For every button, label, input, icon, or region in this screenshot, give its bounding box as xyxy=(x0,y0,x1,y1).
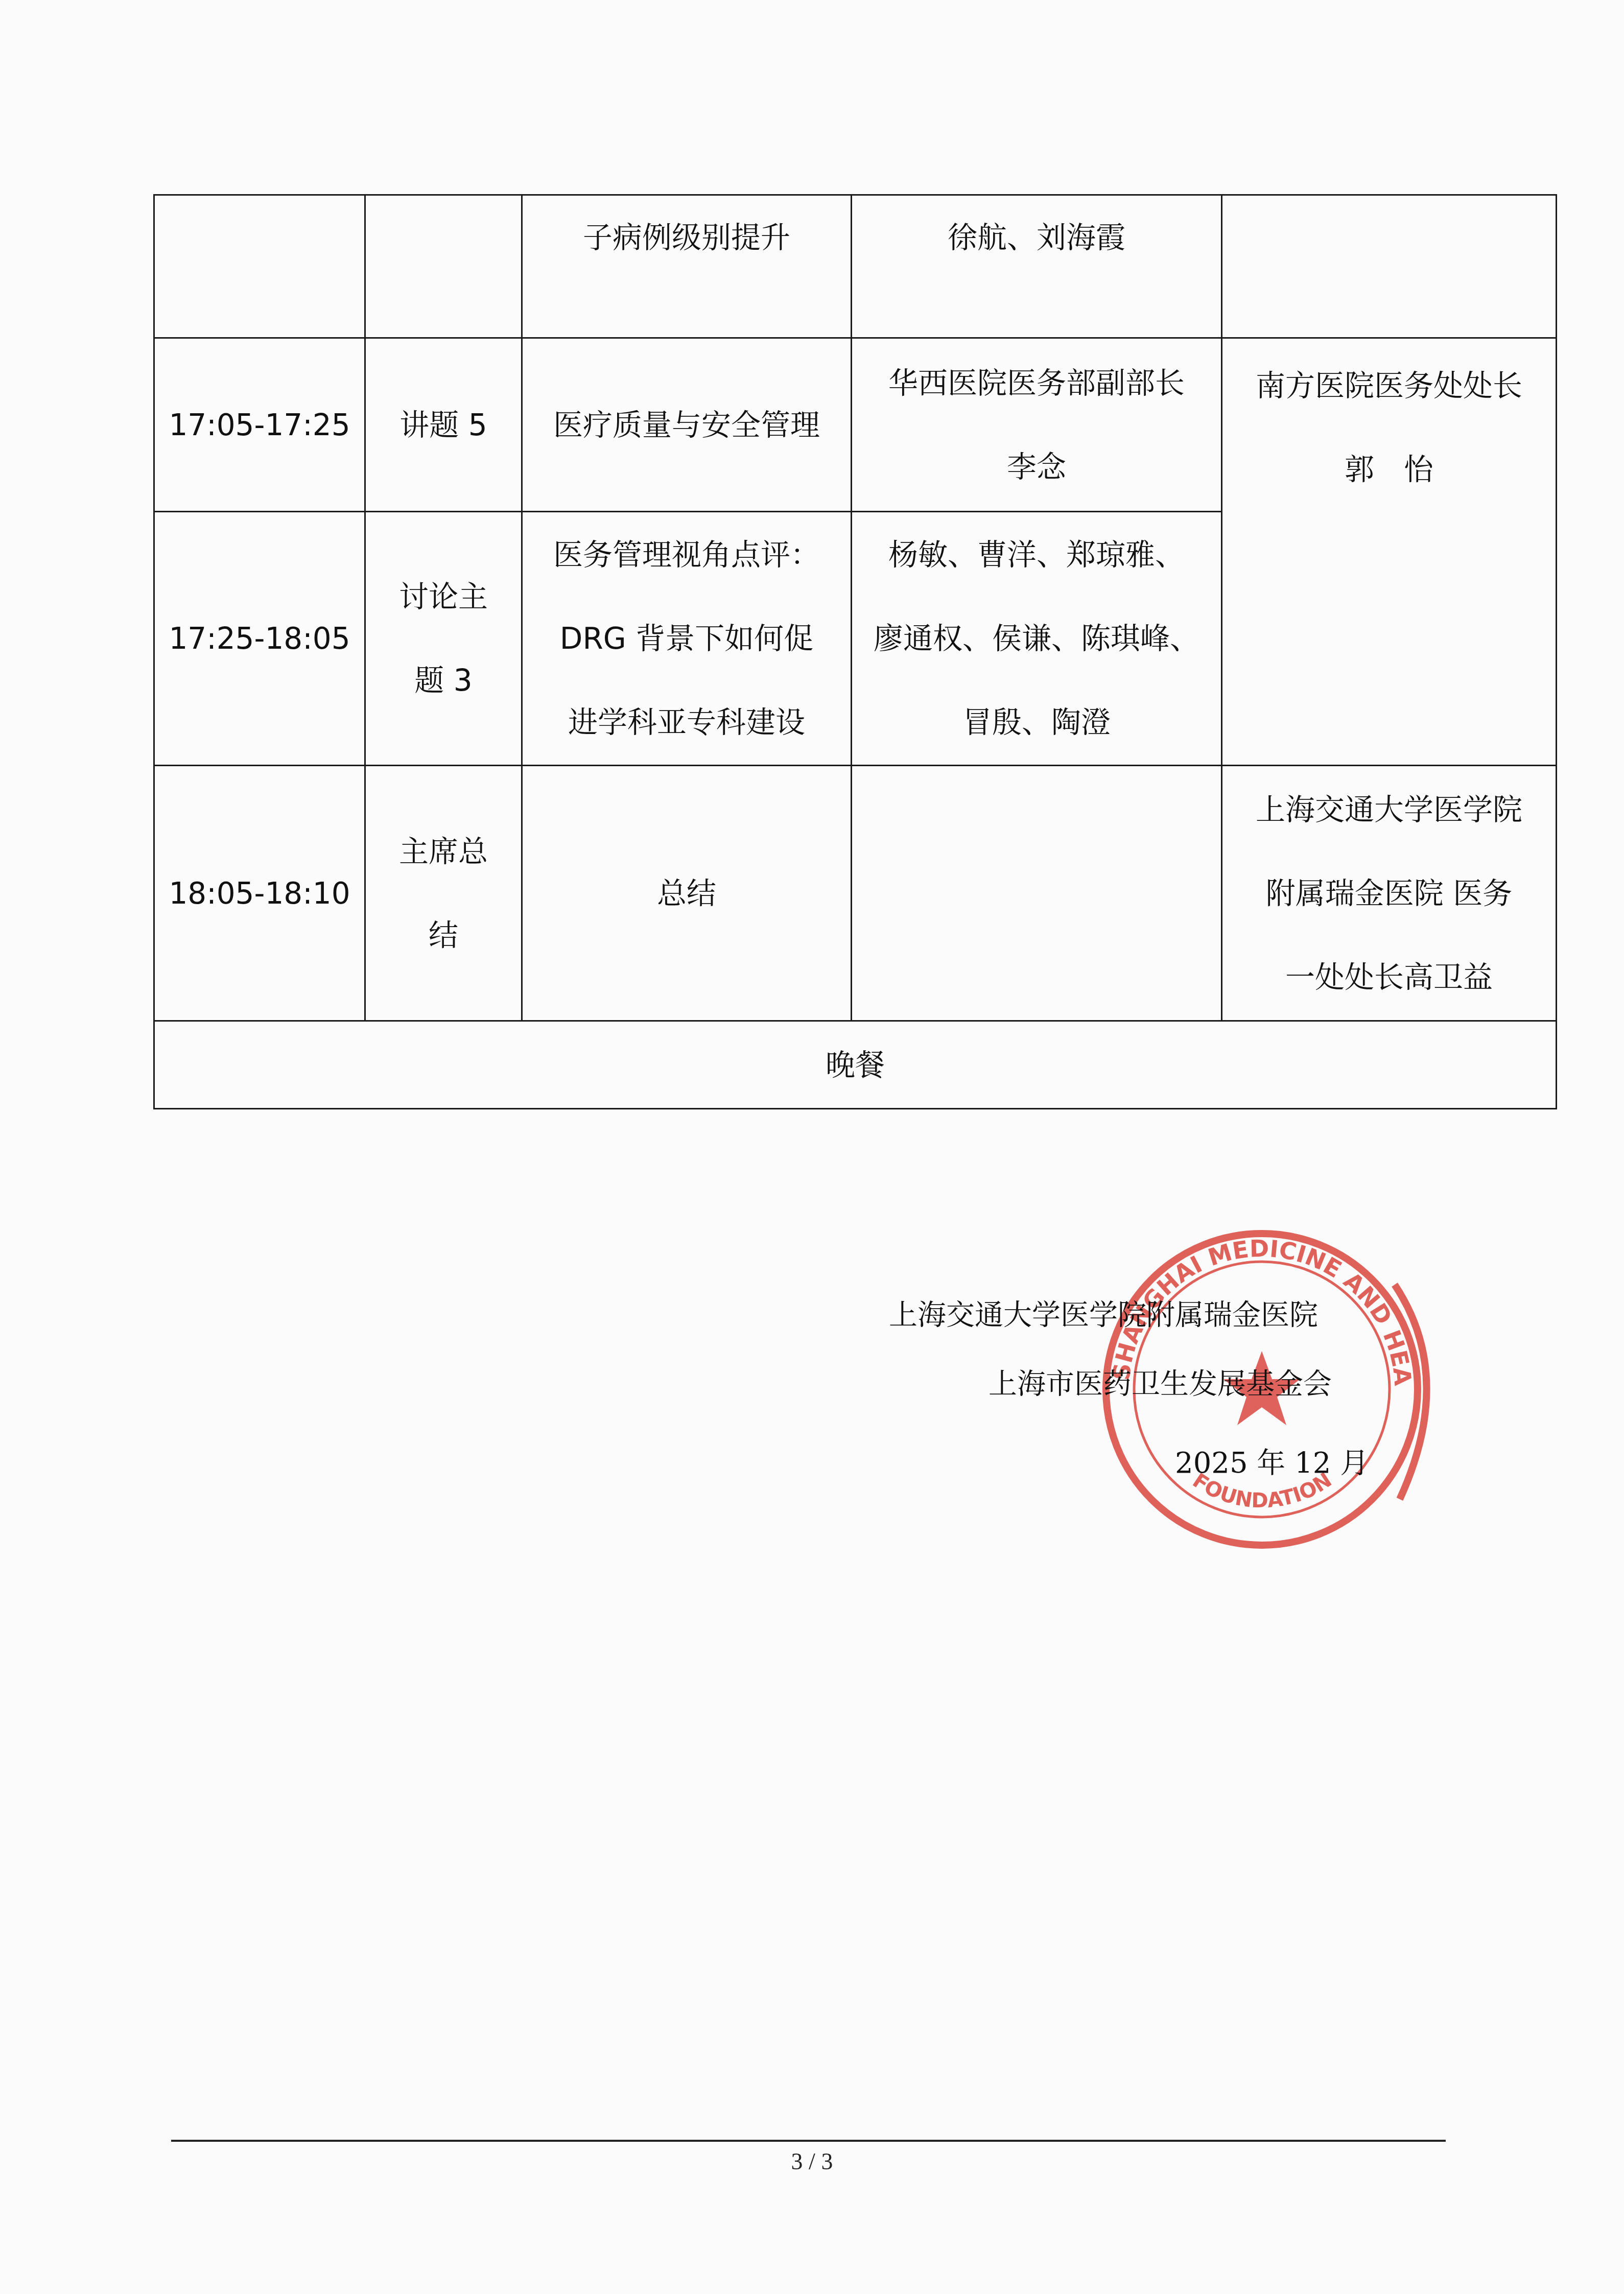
type-line: 结 xyxy=(370,893,517,977)
host-cell xyxy=(1222,195,1557,338)
type-line: 主席总 xyxy=(370,810,517,893)
table-row-dinner: 晚餐 xyxy=(154,1021,1557,1109)
signature-org-1: 上海交通大学医学院附属瑞金医院 xyxy=(889,1292,1318,1333)
topic-cell: 医疗质量与安全管理 xyxy=(522,338,852,512)
host-line: 南方医院医务处处长 xyxy=(1227,344,1551,428)
time-cell: 17:25-18:05 xyxy=(154,512,365,766)
host-line: 上海交通大学医学院 xyxy=(1227,768,1551,852)
host-line: 一处处长高卫益 xyxy=(1227,935,1551,1019)
type-cell: 讲题 5 xyxy=(365,338,522,512)
speaker-line: 李念 xyxy=(856,425,1217,509)
dinner-cell: 晚餐 xyxy=(154,1021,1557,1109)
topic-line: 进学科亚专科建设 xyxy=(527,680,846,764)
time-cell: 18:05-18:10 xyxy=(154,766,365,1021)
speaker-cell xyxy=(852,766,1222,1021)
speaker-line: 冒殷、陶澄 xyxy=(856,680,1217,764)
topic-line: 医务管理视角点评： xyxy=(527,513,846,597)
topic-cell: 医务管理视角点评： DRG 背景下如何促 进学科亚专科建设 xyxy=(522,512,852,766)
topic-line: 子病例级别提升 xyxy=(527,196,846,280)
speaker-cell: 徐航、刘海霞 xyxy=(852,195,1222,338)
type-cell: 主席总 结 xyxy=(365,766,522,1021)
page-number: 3 / 3 xyxy=(0,2148,1624,2175)
host-line: 附属瑞金医院 医务 xyxy=(1227,852,1551,935)
topic-cell: 总结 xyxy=(522,766,852,1021)
type-cell xyxy=(365,195,522,338)
table-row: 18:05-18:10 主席总 结 总结 上海交通大学医学院 附属瑞金医院 医务… xyxy=(154,766,1557,1021)
signature-org-2: 上海市医药卫生发展基金会 xyxy=(988,1361,1332,1402)
topic-cell: 子病例级别提升 xyxy=(522,195,852,338)
type-line: 题 3 xyxy=(370,638,517,722)
footer-divider xyxy=(171,2140,1446,2142)
host-cell-merged: 南方医院医务处处长 郭 怡 xyxy=(1222,338,1557,766)
speaker-line: 廖通权、侯谦、陈琪峰、 xyxy=(856,597,1217,680)
host-line: 郭 怡 xyxy=(1227,428,1551,511)
time-cell xyxy=(154,195,365,338)
speaker-line: 华西医院医务部副部长 xyxy=(856,341,1217,425)
type-line: 讨论主 xyxy=(370,555,517,638)
topic-line: DRG 背景下如何促 xyxy=(527,597,846,680)
table-row: 子病例级别提升 徐航、刘海霞 xyxy=(154,195,1557,338)
agenda-table: 子病例级别提升 徐航、刘海霞 17:05-17:25 讲题 5 医疗质量与安全管… xyxy=(153,194,1557,1109)
table-row: 17:05-17:25 讲题 5 医疗质量与安全管理 华西医院医务部副部长 李念… xyxy=(154,338,1557,512)
host-cell: 上海交通大学医学院 附属瑞金医院 医务 一处处长高卫益 xyxy=(1222,766,1557,1021)
type-cell: 讨论主 题 3 xyxy=(365,512,522,766)
time-cell: 17:05-17:25 xyxy=(154,338,365,512)
speaker-cell: 华西医院医务部副部长 李念 xyxy=(852,338,1222,512)
speaker-line: 杨敏、曹洋、郑琼雅、 xyxy=(856,513,1217,597)
speaker-cell: 杨敏、曹洋、郑琼雅、 廖通权、侯谦、陈琪峰、 冒殷、陶澄 xyxy=(852,512,1222,766)
speaker-line: 徐航、刘海霞 xyxy=(856,196,1217,280)
signature-date: 2025 年 12 月 xyxy=(1175,1440,1369,1481)
